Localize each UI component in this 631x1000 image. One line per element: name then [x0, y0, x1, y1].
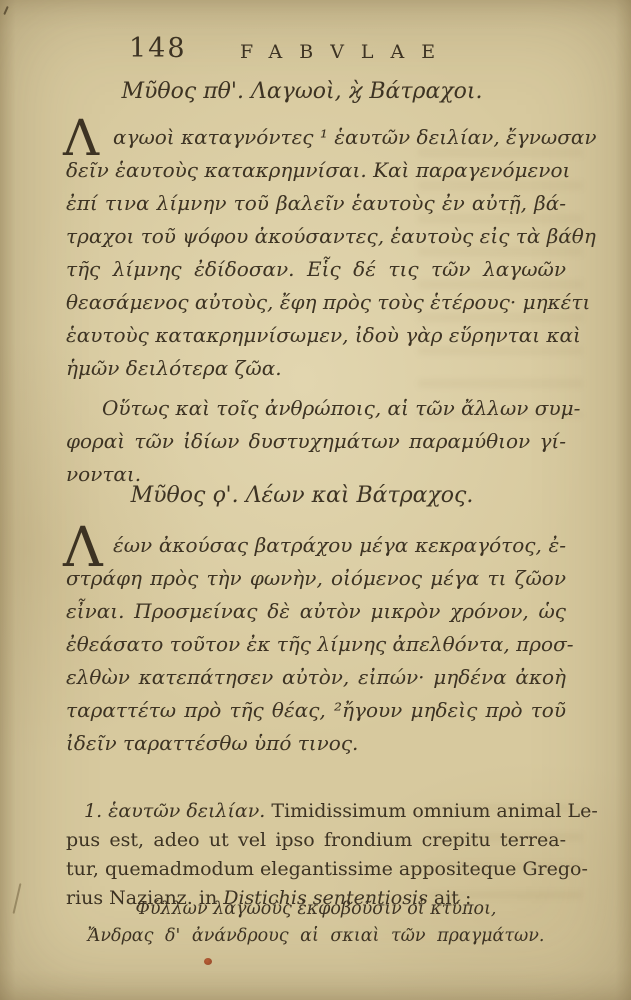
footnote-line: tur, quemadmodum elegantissime appositeq… — [66, 855, 566, 884]
text-line: αγωοὶ καταγνόντες ¹ ἑαυτῶν δειλίαν, ἔγνω… — [66, 121, 566, 154]
text-line: δεῖν ἑαυτοὺς κατακρημνίσαι. Καὶ παραγενό… — [66, 154, 566, 187]
text-line: φοραὶ τῶν ἰδίων δυστυχημάτων παραμύθιον … — [66, 425, 566, 458]
corner-mark — [3, 6, 8, 15]
text-line: ἡμῶν δειλότερα ζῶα. — [66, 352, 566, 385]
text-line: έων ἀκούσας βατράχου μέγα κεκραγότος, ἐ- — [66, 529, 566, 562]
text-line: θεασάμενος αὐτοὺς, ἔφη πρὸς τοὺς ἑτέρους… — [66, 286, 566, 319]
text-line: Οὕτως καὶ τοῖς ἀνθρώποις, αἱ τῶν ἄλλων σ… — [66, 392, 566, 425]
text-line: εἶναι. Προσμείνας δὲ αὐτὸν μικρὸν χρόνον… — [66, 595, 566, 628]
fable1-dropcap: Λ — [63, 119, 99, 157]
text-line: ἐθεάσατο τοῦτον ἐκ τῆς λίμνης ἀπελθόντα,… — [66, 628, 566, 661]
footnote-line: 1. ἑαυτῶν δειλίαν. Timidissimum omnium a… — [66, 797, 566, 826]
text-line: στράφη πρὸς τὴν φωνὴν, οἰόμενος μέγα τι … — [66, 562, 566, 595]
footnote-latin-text: Timidissimum omnium animal Le- — [271, 800, 597, 822]
fable1-moral: Οὕτως καὶ τοῖς ἀνθρώποις, αἱ τῶν ἄλλων σ… — [66, 392, 566, 491]
text-line: τραχοι τοῦ ψόφου ἀκούσαντες, ἑαυτοὺς εἰς… — [66, 220, 566, 253]
text-line: ταραττέτω πρὸ τῆς θέας, ²ἤγουν μηδεὶς πρ… — [66, 694, 566, 727]
running-header: FABVLAE — [240, 41, 452, 63]
text-line: ἐπί τινα λίμνην τοῦ βαλεῖν ἑαυτοὺς ἐν αὐ… — [66, 187, 566, 220]
page-number: 148 — [129, 33, 187, 64]
pencil-scratch-mark — [13, 883, 22, 914]
footnote-verse-2: Ἄνδρας δ' ἀνάνδρους αἱ σκιαὶ τῶν πραγμάτ… — [66, 926, 566, 946]
footnote-lemma: 1. ἑαυτῶν δειλίαν. — [84, 800, 265, 822]
footnote-verse-1: Φύλλων λαγωοὺς ἐκφοβοῦσιν οἱ κτύποι, — [66, 899, 566, 919]
text-line: ἑαυτοὺς κατακρημνίσωμεν, ἰδοὺ γὰρ εὕρηντ… — [66, 319, 566, 352]
book-page-scan: 148 FABVLAE Μῦθος πθ'. Λαγωοὶ, ϗ̀ Βάτραχ… — [0, 0, 631, 1000]
footnote-line: pus est, adeo ut vel ipso frondium crepi… — [66, 826, 566, 855]
text-line: τῆς λίμνης ἐδίδοσαν. Εἷς δέ τις τῶν λαγω… — [66, 253, 566, 286]
footnote-block: 1. ἑαυτῶν δειλίαν. Timidissimum omnium a… — [66, 797, 566, 913]
red-ink-spot — [204, 958, 212, 965]
fable1-title: Μῦθος πθ'. Λαγωοὶ, ϗ̀ Βάτραχοι. — [52, 79, 552, 104]
text-line: ελθὼν κατεπάτησεν αὐτὸν, εἰπών· μηδένα ἀ… — [66, 661, 566, 694]
fable2-dropcap: Λ — [63, 526, 103, 568]
fable2-paragraph: Λ έων ἀκούσας βατράχου μέγα κεκραγότος, … — [66, 529, 566, 760]
text-line: ἰδεῖν ταραττέσθω ὑπό τινος. — [66, 727, 566, 760]
fable2-title: Μῦθος ϙ'. Λέων καὶ Βάτραχος. — [52, 483, 552, 508]
fable1-paragraph: Λ αγωοὶ καταγνόντες ¹ ἑαυτῶν δειλίαν, ἔγ… — [66, 121, 566, 385]
